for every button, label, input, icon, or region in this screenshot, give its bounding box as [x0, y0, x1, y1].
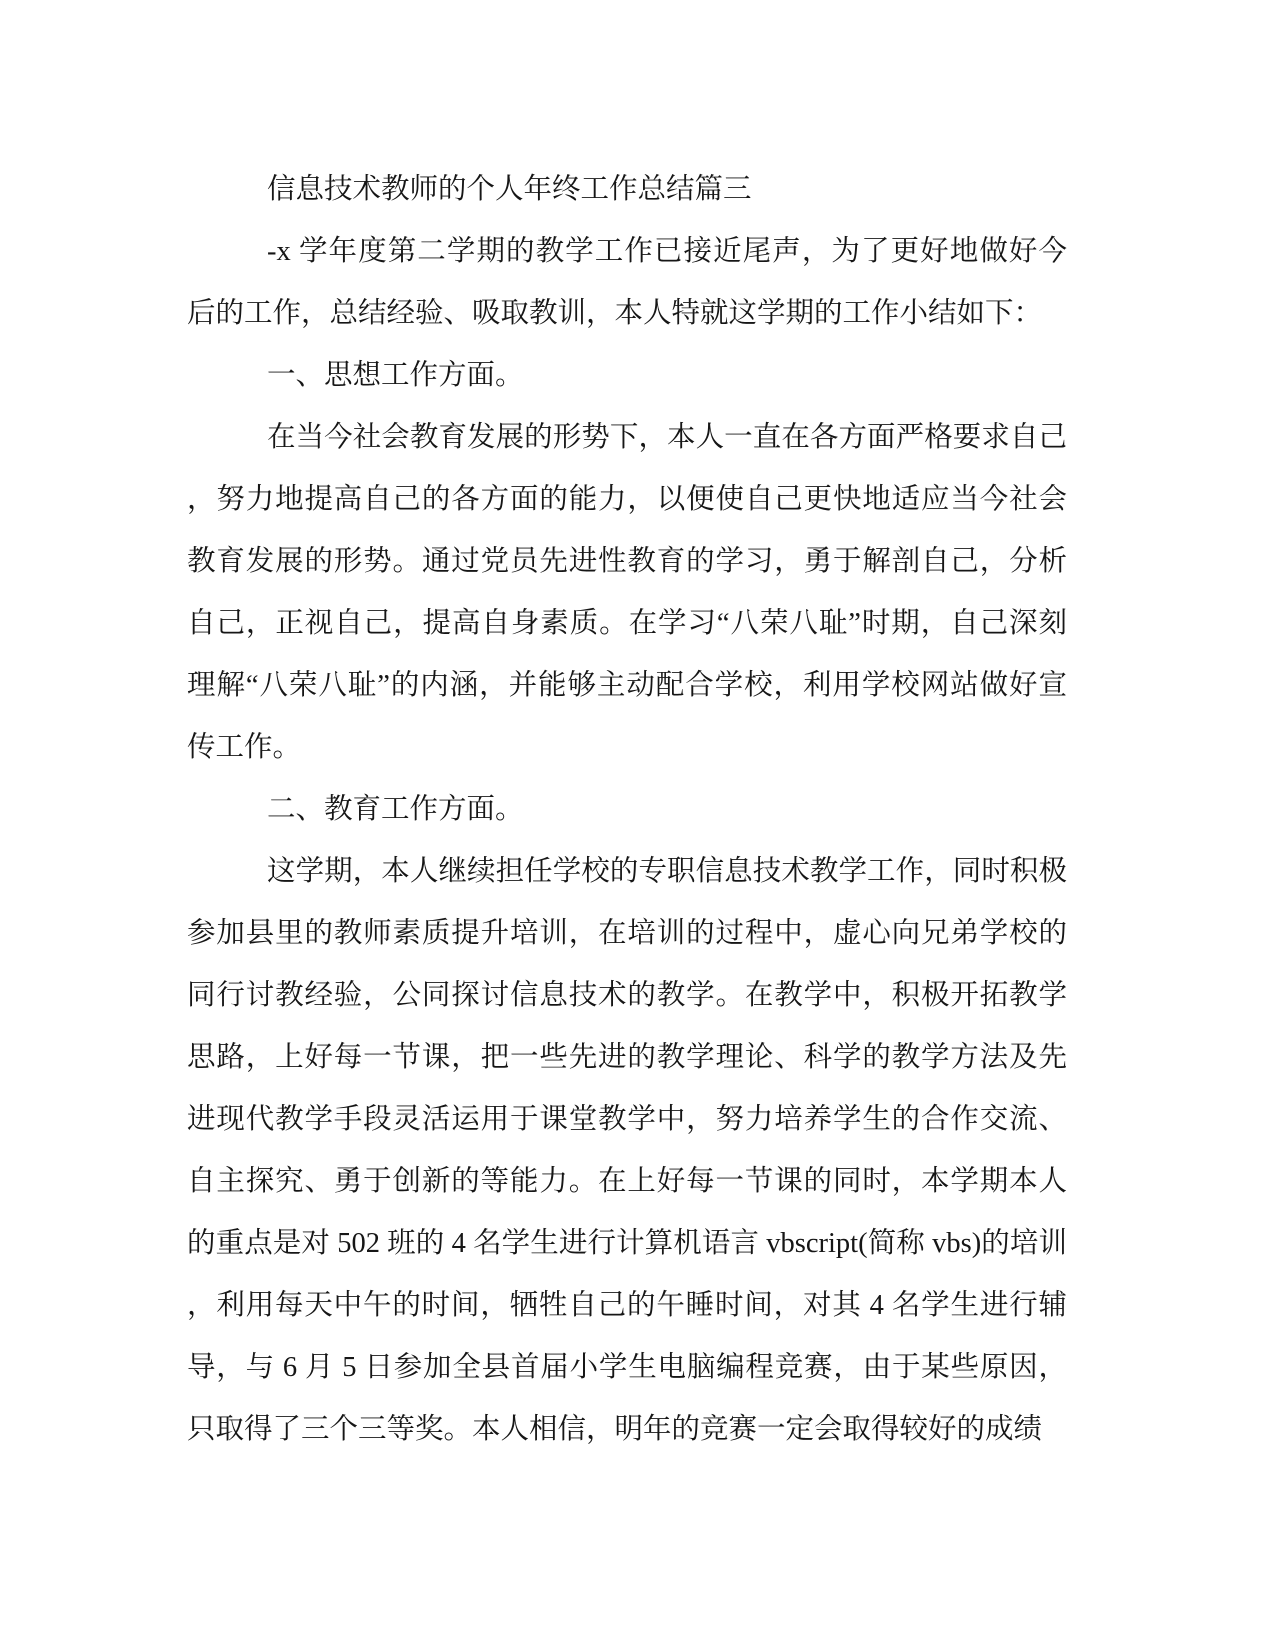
- heading-ideology-work: 一、思想工作方面。: [187, 345, 1067, 407]
- paragraph-ideology-work: 在当今社会教育发展的形势下，本人一直在各方面严格要求自己，努力地提高自己的各方面…: [187, 407, 1067, 779]
- paragraph-education-work: 这学期，本人继续担任学校的专职信息技术教学工作，同时积极参加县里的教师素质提升培…: [187, 841, 1067, 1461]
- heading-education-work: 二、教育工作方面。: [187, 779, 1067, 841]
- section-title: 信息技术教师的个人年终工作总结篇三: [187, 159, 1067, 221]
- document-page: 信息技术教师的个人年终工作总结篇三 -x 学年度第二学期的教学工作已接近尾声，为…: [0, 0, 1275, 1650]
- paragraph-intro: -x 学年度第二学期的教学工作已接近尾声，为了更好地做好今后的工作，总结经验、吸…: [187, 221, 1067, 345]
- text-block: 信息技术教师的个人年终工作总结篇三 -x 学年度第二学期的教学工作已接近尾声，为…: [187, 159, 1067, 1461]
